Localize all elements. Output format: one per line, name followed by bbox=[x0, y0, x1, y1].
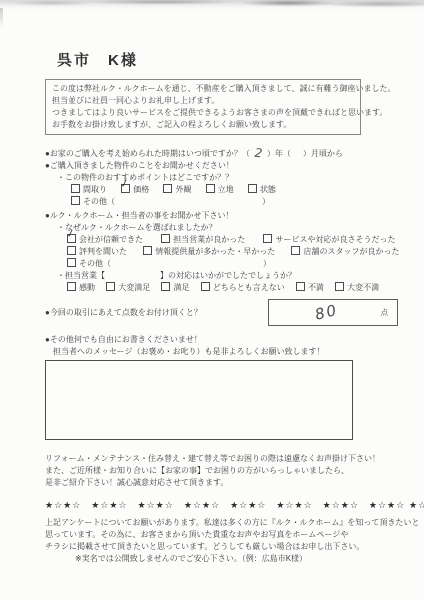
question-text: ）年（ bbox=[267, 149, 291, 158]
question-rep-line: ・担当営業【】の対応はいかがでしたでしょうか？ bbox=[45, 270, 398, 282]
checkbox-icon bbox=[335, 282, 344, 291]
greeting-line: お手数をお掛け致しますが、ご記入の程よろしくお願い致します。 bbox=[52, 119, 354, 131]
checkbox-option: 評判を聞いた bbox=[67, 246, 127, 258]
option-label: 大変不満 bbox=[347, 283, 379, 292]
checkbox-icon bbox=[296, 282, 305, 291]
checkbox-option: 外観 bbox=[163, 184, 191, 196]
question-text: ・担当営業【 bbox=[57, 271, 105, 280]
option-label: 立地 bbox=[218, 185, 234, 194]
option-label: 会社が信頼できた bbox=[79, 235, 143, 244]
checkbox-option: 不満 bbox=[296, 282, 324, 294]
score-section: ●今回の取引にあえて点数をお付け頂くと？ 80 点 bbox=[45, 299, 398, 326]
checkbox-icon: ✓ bbox=[67, 234, 76, 243]
checkbox-icon bbox=[71, 184, 80, 193]
message-box bbox=[45, 360, 353, 440]
question-text: 】の対応はいかがでしたでしょうか？ bbox=[160, 271, 296, 280]
checkbox-icon bbox=[161, 282, 170, 291]
option-label: その他（ bbox=[83, 197, 115, 206]
checkbox-option: 満足 bbox=[161, 282, 189, 294]
notice-line: また、ご近所様・お知り合いに【お家の事】でお困りの方がいらっしゃいましたら、 bbox=[45, 465, 398, 477]
greeting-box: この度は弊社ルク・ルクホームを通じ、不動産をご購入頂きまして、誠に有難う御座いま… bbox=[45, 79, 361, 135]
option-label: 評判を聞いた bbox=[79, 247, 127, 256]
option-label: 価格 bbox=[133, 185, 149, 194]
checkbox-icon bbox=[143, 246, 152, 255]
form-content: 呉市 K様 この度は弊社ルク・ルクホームを通じ、不動産をご購入頂きまして、誠に有… bbox=[45, 52, 398, 565]
star-divider: ★☆★☆ ★☆★☆ ★☆★☆ ★☆★☆ ★☆★☆ ★☆★☆ ★☆★☆ ★☆★☆ … bbox=[45, 500, 398, 512]
request-line: チラシに掲載させて頂きたいと思っています。どうしても厳しい場合はお申し出下さい。 bbox=[45, 541, 398, 553]
checkbox-icon bbox=[291, 246, 300, 255]
option-label: 間取り bbox=[83, 185, 107, 194]
option-label: 店舗のスタッフが良かった bbox=[303, 247, 399, 256]
question-text: ）月頃から bbox=[303, 149, 343, 158]
scan-artifact-left bbox=[0, 8, 3, 28]
checkbox-option: 店舗のスタッフが良かった bbox=[291, 246, 399, 258]
checkbox-icon bbox=[106, 282, 115, 291]
property-options-row: 間取り ✓価格 外観 立地 状態 bbox=[45, 184, 398, 196]
checkbox-option: どちらとも言えない bbox=[201, 282, 285, 294]
checkbox-icon bbox=[206, 184, 215, 193]
checkbox-icon bbox=[248, 184, 257, 193]
checkbox-icon bbox=[263, 234, 272, 243]
satisfaction-row: 感動 大変満足 満足 どちらとも言えない 不満 大変不満 bbox=[45, 282, 398, 294]
option-label: どちらとも言えない bbox=[213, 283, 285, 292]
question-text: ●お家のご購入を考え始められた時期はいつ頃ですか？（ bbox=[45, 149, 250, 158]
checkbox-option: 立地 bbox=[206, 184, 234, 196]
scan-artifact-top bbox=[0, 0, 424, 10]
checkbox-option: その他（ bbox=[67, 258, 111, 270]
option-label: 感動 bbox=[79, 283, 95, 292]
checkbox-option: ✓会社が信頼できた bbox=[67, 234, 143, 246]
checkbox-icon bbox=[67, 282, 76, 291]
checkbox-option: 大変不満 bbox=[335, 282, 379, 294]
question-purchase-timing: ●お家のご購入を考え始められた時期はいつ頃ですか？（2）年（）月頃から bbox=[45, 147, 398, 160]
question-company-heading: ●ルク・ルクホーム・担当者の事をお聞かせ下さい！ bbox=[45, 210, 398, 222]
option-label: 大変満足 bbox=[118, 283, 150, 292]
property-other-row: その他（） bbox=[45, 196, 398, 208]
checkbox-option: 担当営業が良かった bbox=[161, 234, 245, 246]
checkbox-option: 大変満足 bbox=[106, 282, 150, 294]
score-unit-label: 点 bbox=[381, 307, 389, 319]
request-line: 思っています。その為に、お客さまから頂いた貴重なお声やお写真をホームページや bbox=[45, 529, 398, 541]
option-label: その他（ bbox=[79, 259, 111, 268]
option-label: 満足 bbox=[173, 283, 189, 292]
checkbox-icon bbox=[67, 258, 76, 267]
reason-options-row-1: ✓会社が信頼できた 担当営業が良かった サービスや対応が良さそうだった bbox=[45, 234, 398, 246]
question-property-heading: ●ご購入頂きました物件のことをお聞かせください！ bbox=[45, 160, 398, 172]
checkbox-option: 感動 bbox=[67, 282, 95, 294]
option-label: 担当営業が良かった bbox=[173, 235, 245, 244]
handwritten-score-value: 80 bbox=[314, 303, 339, 320]
option-label: 不満 bbox=[308, 283, 324, 292]
request-line-anonymity: ※実名では公開致しませんのでご安心下さい。（例：広島市K様） bbox=[45, 553, 398, 565]
checkbox-option: サービスや対応が良さそうだった bbox=[263, 234, 395, 246]
question-property-sub: ・この物件のおすすめポイントはどこですか？？ bbox=[45, 172, 398, 184]
recipient-title: 呉市 K様 bbox=[57, 52, 398, 69]
checkbox-icon bbox=[161, 234, 170, 243]
checkbox-option: ✓価格 bbox=[121, 184, 149, 196]
checkbox-option: 間取り bbox=[71, 184, 107, 196]
paren-close: ） bbox=[263, 259, 271, 268]
greeting-line: この度は弊社ルク・ルクホームを通じ、不動産をご購入頂きまして、誠に有難う御座いま… bbox=[52, 83, 354, 95]
question-reason-sub: ・なぜルク・ルクホームを選ばれましたか？ bbox=[45, 222, 398, 234]
option-label: 状態 bbox=[260, 185, 276, 194]
paren-close: ） bbox=[262, 197, 270, 206]
notice-line: リフォーム・メンテナンス・住み替え・建て替え等でお困りの際は遠慮なくお声掛け下さ… bbox=[45, 453, 398, 465]
publication-request: 上記アンケートについてお願いがあります。私達は多くの方に『ルク・ルクホーム』を知… bbox=[45, 517, 398, 565]
greeting-line: 担当並びに社員一同心よりお礼申し上げます。 bbox=[52, 95, 354, 107]
checkbox-icon bbox=[71, 196, 80, 205]
option-label: サービスや対応が良さそうだった bbox=[275, 235, 395, 244]
checkbox-icon bbox=[201, 282, 210, 291]
notice-line: 是非ご紹介下さい！誠心誠意対応させて頂きます。 bbox=[45, 477, 398, 489]
option-label: 外観 bbox=[175, 185, 191, 194]
score-box: 80 点 bbox=[268, 299, 398, 326]
request-line: 上記アンケートについてお願いがあります。私達は多くの方に『ルク・ルクホーム』を知… bbox=[45, 517, 398, 529]
reason-options-row-2: 評判を聞いた 情報提供量が多かった・早かった 店舗のスタッフが良かった bbox=[45, 246, 398, 258]
handwritten-year-value: 2 bbox=[249, 146, 267, 160]
option-label: 情報提供量が多かった・早かった bbox=[155, 247, 275, 256]
scanned-survey-page: 呉市 K様 この度は弊社ルク・ルクホームを通じ、不動産をご購入頂きまして、誠に有… bbox=[0, 0, 424, 600]
free-comment-heading: ●その他何でも自由にお書きくださいませ！ bbox=[45, 334, 398, 346]
greeting-line: つきましてはより良いサービスをご提供できるようお客さまの声を頂戴できればと思いま… bbox=[52, 107, 354, 119]
checkbox-option: 情報提供量が多かった・早かった bbox=[143, 246, 275, 258]
score-question-label: ●今回の取引にあえて点数をお付け頂くと？ bbox=[45, 307, 202, 319]
reason-other-row: その他（） bbox=[45, 258, 398, 270]
free-comment-sub: 担当者へのメッセージ（お褒め・お叱り）も是非よろしくお願い致します！ bbox=[45, 346, 398, 358]
checkbox-icon: ✓ bbox=[121, 184, 130, 193]
checkbox-option: 状態 bbox=[248, 184, 276, 196]
footer-notice: リフォーム・メンテナンス・住み替え・建て替え等でお困りの際は遠慮なくお声掛け下さ… bbox=[45, 453, 398, 489]
checkbox-option: その他（ bbox=[71, 196, 115, 208]
checkbox-icon bbox=[163, 184, 172, 193]
handwritten-check: ✓ bbox=[65, 227, 76, 240]
checkbox-icon bbox=[67, 246, 76, 255]
